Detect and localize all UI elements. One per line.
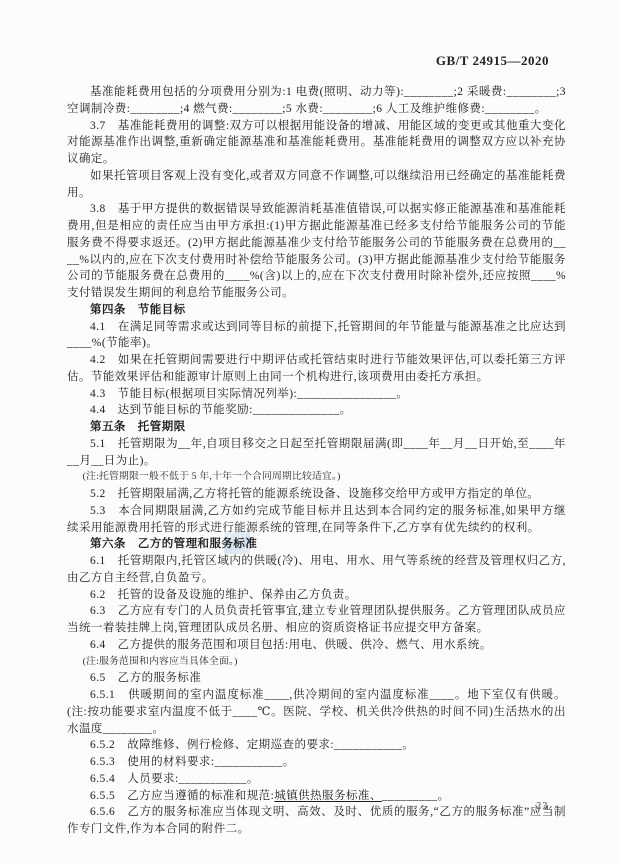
text-run: 如果托管项目客观上没有变化,或者双方同意不作调整,可以继续沿用已经确定的基准能耗… — [67, 170, 566, 199]
text-run: (注:托管期限一般不低于 5 年,十年一个合同周期比较适宜。) — [83, 471, 341, 482]
text-run: 6.1 托管期限内,托管区域内的供暖(冷)、用电、用水、用气等系统的经营及管理权… — [67, 555, 566, 584]
text-run: 。 — [438, 790, 450, 802]
text-run: 第四条 节能目标 — [90, 304, 186, 316]
text-run: 基准能耗费用包括的分项费用分别为:1 电费(照明、动力等):________;2… — [67, 86, 566, 115]
text-run: 6.5.6 乙方的服务标准应当体现文明、高效、及时、优质的服务,“乙方的服务标准… — [67, 806, 566, 835]
paragraph-15-heading: 第六条 乙方的管理和服务标准 — [67, 536, 566, 553]
paragraph-13: 5.2 托管期限届满,乙方将托管的能源系统设备、设施移交给甲方或甲方指定的单位。 — [67, 486, 566, 503]
text-run: 5.2 托管期限届满,乙方将托管的能源系统设备、设施移交给甲方或甲方指定的单位。 — [90, 488, 539, 500]
paragraph-20-note: (注:服务范围和内容应当具体全面。) — [67, 654, 566, 671]
paragraph-9: 4.4 达到节能目标的节能奖励:______________。 — [67, 402, 566, 419]
document-page: GB/T 24915—2020 基准能耗费用包括的分项费用分别为:1 电费(照明… — [0, 0, 619, 863]
text-run: 6.2 托管的设备及设施的维护、保养由乙方负责。 — [90, 589, 357, 601]
paragraph-14: 5.3 本合同期限届满,乙方如约完成节能目标并且达到本合同约定的服务标准,如果甲… — [67, 503, 566, 537]
text-run: 4.3 节能目标(根据项目实际情况列举):________________。 — [90, 388, 408, 400]
paragraph-12-note: (注:托管期限一般不低于 5 年,十年一个合同周期比较适宜。) — [67, 469, 566, 486]
text-run: 3.7 基准能耗费用的调整:双方可以根据用能设备的增减、用能区域的变更或其他重大… — [67, 120, 566, 166]
paragraph-11: 5.1 托管期限为__年,自项目移交之日起至托管期限届满(即____年__月__… — [67, 436, 566, 470]
text-run: 第五条 托管期限 — [90, 421, 186, 433]
paragraph-2: 3.7 基准能耗费用的调整:双方可以根据用能设备的增减、用能区域的变更或其他重大… — [67, 118, 566, 168]
paragraph-10-heading: 第五条 托管期限 — [67, 419, 566, 436]
text-run: _________ — [382, 790, 438, 802]
paragraph-25: 6.5.4 人员要求:___________。 — [67, 771, 566, 788]
text-run: 5.1 托管期限为__年,自项目移交之日起至托管期限届满(即____年__月__… — [67, 438, 566, 467]
text-run: 第六条 乙方的管理和服务标准 — [90, 538, 257, 550]
text-run: 6.5 乙方的服务标准 — [90, 672, 201, 684]
paragraph-17: 6.2 托管的设备及设施的维护、保养由乙方负责。 — [67, 587, 566, 604]
standard-number-header: GB/T 24915—2020 — [436, 53, 549, 69]
text-run: 6.5.4 人员要求:___________。 — [90, 773, 259, 785]
paragraph-7: 4.2 如果在托管期间需要进行中期评估或托管结束时进行节能效果评估,可以委托第三… — [67, 352, 566, 386]
paragraph-27: 6.5.6 乙方的服务标准应当体现文明、高效、及时、优质的服务,“乙方的服务标准… — [67, 804, 566, 838]
paragraph-6: 4.1 在满足同等需求或达到同等目标的前提下,托管期间的年节能量与能源基准之比应… — [67, 319, 566, 353]
paragraph-16: 6.1 托管期限内,托管区域内的供暖(冷)、用电、用水、用气等系统的经营及管理权… — [67, 553, 566, 587]
paragraph-1: 基准能耗费用包括的分项费用分别为:1 电费(照明、动力等):________;2… — [67, 84, 566, 118]
paragraph-26: 6.5.5 乙方应当遵循的标准和规范:城镇供热服务标准、_________。 — [67, 788, 566, 805]
text-run: 5.3 本合同期限届满,乙方如约完成节能目标并且达到本合同约定的服务标准,如果甲… — [67, 505, 566, 534]
paragraph-4: 3.8 基于甲方提供的数据错误导致能源消耗基准值错误,可以据实修正能源基准和基准… — [67, 201, 566, 302]
text-run: 4.2 如果在托管期间需要进行中期评估或托管结束时进行节能效果评估,可以委托第三… — [67, 354, 566, 383]
text-run: 3.8 基于甲方提供的数据错误导致能源消耗基准值错误,可以据实修正能源基准和基准… — [67, 203, 566, 299]
paragraph-24: 6.5.3 使用的材料要求:___________。 — [67, 754, 566, 771]
paragraph-3: 如果托管项目客观上没有变化,或者双方同意不作调整,可以继续沿用已经确定的基准能耗… — [67, 168, 566, 202]
text-run: 6.5.2 故障维修、例行检修、定期巡查的要求:___________。 — [90, 739, 414, 751]
document-body: 基准能耗费用包括的分项费用分别为:1 电费(照明、动力等):________;2… — [67, 84, 566, 838]
text-run: 6.4 乙方提供的服务范围和项目包括:用电、供暖、供冷、燃气、用水系统。 — [90, 639, 492, 651]
page-number: 23 — [536, 801, 549, 812]
paragraph-23: 6.5.2 故障维修、例行检修、定期巡查的要求:___________。 — [67, 737, 566, 754]
text-run: 6.3 乙方应有专门的人员负责托管事宜,建立专业管理团队提供服务。乙方管理团队成… — [67, 605, 566, 634]
paragraph-8: 4.3 节能目标(根据项目实际情况列举):________________。 — [67, 386, 566, 403]
paragraph-18: 6.3 乙方应有专门的人员负责托管事宜,建立专业管理团队提供服务。乙方管理团队成… — [67, 603, 566, 637]
text-run: 4.1 在满足同等需求或达到同等目标的前提下,托管期间的年节能量与能源基准之比应… — [67, 321, 566, 350]
paragraph-21: 6.5 乙方的服务标准 — [67, 670, 566, 687]
paragraph-19: 6.4 乙方提供的服务范围和项目包括:用电、供暖、供冷、燃气、用水系统。 — [67, 637, 566, 654]
text-run: (注:服务范围和内容应当具体全面。) — [83, 656, 238, 667]
text-run: 6.5.1 供暖期间的室内温度标准____,供冷期间的室内温度标准____。地下… — [67, 689, 566, 735]
text-run: 城镇供热服务标准、 — [274, 790, 382, 802]
text-run: 4.4 达到节能目标的节能奖励:______________。 — [90, 404, 352, 416]
text-run: 6.5.3 使用的材料要求:___________。 — [90, 756, 295, 768]
paragraph-5-heading: 第四条 节能目标 — [67, 302, 566, 319]
paragraph-22: 6.5.1 供暖期间的室内温度标准____,供冷期间的室内温度标准____。地下… — [67, 687, 566, 737]
text-run: 6.5.5 乙方应当遵循的标准和规范: — [90, 790, 274, 802]
